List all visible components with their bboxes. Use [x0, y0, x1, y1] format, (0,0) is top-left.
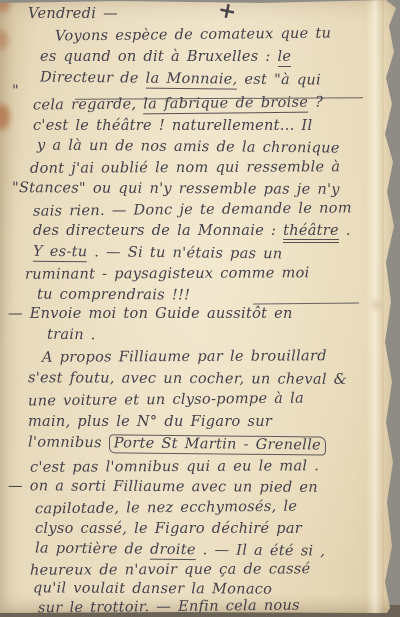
letter-line: ruminant - paysagisteux comme moi [25, 264, 310, 283]
handwritten-text: c'est le théâtre ! naturellement... Il [33, 118, 312, 134]
handwritten-text: . [339, 223, 351, 239]
handwritten-text: Directeur de [40, 70, 146, 87]
handwritten-text: qu'il voulait danser la Monaco [33, 580, 272, 597]
letter-line: la portière de droite . — Il a été si , [35, 539, 325, 560]
letter-line: Y es-tu . — Si tu n'étais pas un [33, 243, 283, 264]
handwritten-text: la fabrique de broise [143, 95, 308, 115]
cross-mark: + [216, 0, 240, 26]
handwritten-text: es quand on dit à Bruxelles : [40, 49, 278, 65]
letter-line: sais rien. — Donc je te demande le nom [33, 199, 352, 220]
handwritten-text: tu comprendrais !!! [37, 287, 190, 304]
handwritten-text: des directeurs de la Monnaie : [33, 223, 283, 239]
letter-line: c'est pas l'omnibus qui a eu le mal . [30, 457, 319, 477]
handwritten-text: A propos Filliaume par le brouillard [42, 348, 327, 365]
letter-line: capilotade, le nez ecchymosés, le [35, 498, 297, 519]
letter-line: Directeur de la Monnaie, est "à qui [40, 69, 321, 90]
handwritten-text: capilotade, le nez ecchymosés, le [35, 499, 297, 518]
handwritten-text: une voiture et un clyso-pompe à la [28, 391, 304, 410]
handwritten-text: théâtre [283, 223, 339, 243]
handwritten-text: sais rien. — Donc je te demande le nom [33, 200, 352, 219]
letter-line: es quand on dit à Bruxelles : le [40, 48, 291, 66]
letter-line: qu'il voulait danser la Monaco [33, 579, 272, 598]
letter-line: des directeurs de la Monnaie : théâtre . [33, 222, 351, 240]
letter-line: une voiture et un clyso-pompe à la [28, 390, 304, 411]
scanned-letter-page: Vendredi — + Voyons espèce de comateux q… [0, 0, 400, 617]
letter-line: c'est le théâtre ! naturellement... Il [33, 117, 312, 135]
handwritten-text: c'est pas l'omnibus qui a eu le mal . [30, 458, 319, 476]
handwritten-text: train . [47, 327, 96, 344]
letter-line: clyso cassé, le Figaro déchiré par [35, 520, 302, 538]
handwritten-text: cela regarde, [33, 96, 143, 113]
handwritten-text: . — Si tu n'étais pas un [87, 244, 282, 262]
letter-line: Voyons espèce de comateux que tu [55, 25, 331, 46]
handwritten-text: le [278, 49, 292, 67]
handwritten-text: clyso cassé, le Figaro déchiré par [35, 521, 302, 537]
handwritten-text: la portière de [35, 540, 150, 557]
letter-line: cela regarde, la fabrique de broise ? [33, 93, 323, 114]
handwritten-text: " [12, 83, 19, 99]
handwritten-text: ? [308, 94, 323, 110]
handwritten-text: main, plus le N° du Figaro sur [28, 414, 272, 430]
letter-line: tu comprendrais !!! [37, 286, 190, 305]
letter-line: "Stances" ou qui n'y ressemble pas je n'… [12, 179, 340, 199]
letter-line: l'omnibus Porte St Martin - Grenelle [28, 433, 326, 454]
letter-line: " [12, 82, 19, 100]
handwritten-text: l'omnibus [28, 434, 109, 451]
letter-line: dont j'ai oublié le nom qui ressemble à [30, 158, 340, 178]
letter-body: Vendredi — + Voyons espèce de comateux q… [0, 0, 400, 617]
handwritten-text: Voyons espèce de comateux que tu [55, 26, 331, 45]
ink-rule [253, 302, 359, 304]
letter-paper: Vendredi — + Voyons espèce de comateux q… [0, 0, 400, 617]
handwritten-text: y a là un de nos amis de la chronique [37, 137, 340, 156]
letter-line: heureux de n'avoir que ça de cassé [30, 560, 311, 579]
letter-line: main, plus le N° du Figaro sur [28, 413, 272, 431]
letter-line: — Envoie moi ton Guide aussitôt en [8, 305, 293, 323]
handwritten-text: heureux de n'avoir que ça de cassé [30, 561, 311, 578]
letter-line: y a là un de nos amis de la chronique [37, 136, 340, 157]
handwritten-text: ruminant - paysagisteux comme moi [25, 265, 310, 282]
date-line: Vendredi — [28, 6, 118, 22]
handwritten-text: droite [150, 542, 196, 560]
letter-line: train . [47, 326, 96, 345]
boxed-phrase: Porte St Martin - Grenelle [109, 434, 326, 455]
handwritten-text: la Monnaie, [145, 71, 237, 90]
letter-line: s'est foutu, avec un cocher, un cheval & [28, 369, 347, 389]
handwritten-text: s'est foutu, avec un cocher, un cheval & [28, 370, 347, 388]
handwritten-text: dont j'ai oublié le nom qui ressemble à [30, 159, 340, 177]
handwritten-text: Y es-tu [33, 244, 88, 263]
handwritten-text: "Stances" ou qui n'y ressemble pas je n'… [12, 180, 340, 198]
handwritten-text: — Envoie moi ton Guide aussitôt en [8, 306, 293, 322]
handwritten-text: est "à qui [237, 72, 321, 89]
letter-line: A propos Filliaume par le brouillard [42, 347, 327, 366]
handwritten-text: . — Il a été si , [196, 542, 326, 559]
letter-line: — on a sorti Filliaume avec un pied en [8, 477, 318, 497]
handwritten-text: — on a sorti Filliaume avec un pied en [8, 478, 318, 496]
